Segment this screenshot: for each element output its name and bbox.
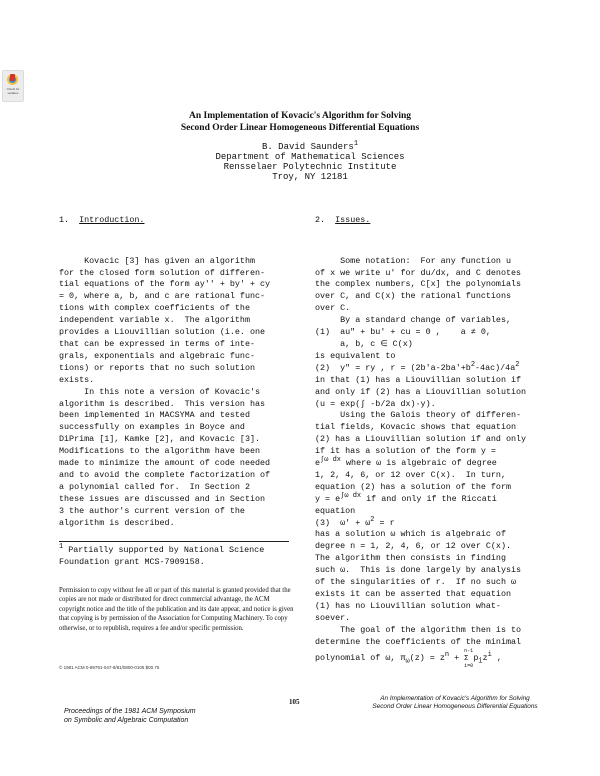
text-line: of x we write u' for du/dx, and C denote…: [315, 268, 526, 280]
equation-2: (2) y" = ry , r = (2b'a-2ba'+b2-4ac)/4a2: [315, 363, 526, 375]
section-title: Introduction.: [79, 215, 144, 225]
affiliation-line-3: Troy, NY 12181: [0, 172, 600, 182]
text-line: tial fields, Kovacic shows that equation: [315, 422, 526, 434]
affiliation-line-1: Department of Mathematical Sciences: [0, 152, 600, 162]
footnote: 1 Partially supported by National Scienc…: [59, 545, 264, 568]
left-column: 1. Introduction. Kovacic [3] has given a…: [59, 203, 270, 541]
eq-sup: ∫ω dx: [320, 456, 341, 464]
text-line: grals, exponentials and algebraic func-: [59, 351, 270, 363]
text-line: over C.: [315, 303, 526, 315]
proceedings-line-2: on Symbolic and Algebraic Computation: [64, 717, 196, 726]
text-line: The algorithm then consists in finding: [315, 553, 526, 565]
text-line: been implemented in MACSYMA and tested: [59, 410, 270, 422]
text-line: and only if (2) has a Liouvillian soluti…: [315, 387, 526, 399]
text-line: exists it can be asserted that equation: [315, 589, 526, 601]
title-line-2: Second Order Linear Homogeneous Differen…: [0, 122, 600, 134]
footnote-divider: [59, 541, 289, 542]
text-line: successfully on examples in Boyce and: [59, 422, 270, 434]
affiliation-line-2: Rensselaer Polytechnic Institute: [0, 162, 600, 172]
minimal-polynomial-line: polynomial of ω, πω(z) = zn + Σn-1i=0 pi…: [315, 653, 526, 666]
text-line: of the singularities of r. If no such ω: [315, 577, 526, 589]
text-line: these issues are discussed and in Sectio…: [59, 494, 270, 506]
section-1-heading: 1. Introduction.: [59, 215, 270, 227]
section-number: 2.: [315, 215, 325, 225]
check-for-updates-badge[interactable]: Check for updates: [2, 70, 24, 102]
text-line: degree n = 1, 2, 4, 6, or 12 over C(x).: [315, 541, 526, 553]
eq-part: (3) ω' + ω: [315, 518, 370, 528]
text-line: the complex numbers, C[x] the polynomial…: [315, 279, 526, 291]
text-line: exists.: [59, 375, 270, 387]
eq-part: +: [449, 653, 464, 663]
badge-label: Check for updates: [3, 87, 23, 95]
text-line: soever.: [315, 613, 526, 625]
title-line-1: An Implementation of Kovacic's Algorithm…: [0, 110, 600, 122]
text-line: and to avoid the complete factorization …: [59, 470, 270, 482]
text-line: Modifications to the algorithm have been: [59, 446, 270, 458]
permission-notice: Permission to copy without fee all or pa…: [59, 586, 294, 633]
author-block: B. David Saunders1 Department of Mathema…: [0, 142, 600, 182]
author-name: B. David Saunders1: [0, 142, 600, 152]
text-line: tions) or reports that no such solution: [59, 363, 270, 375]
eq-part: y = e: [315, 494, 340, 504]
text-line: tial equations of the form ay'' + by' + …: [59, 279, 270, 291]
footnote-line-2: Foundation grant MCS-7909158.: [59, 557, 264, 569]
text-line: Kovacic [3] has given an algorithm: [59, 256, 270, 268]
text-line: over C, and C(x) the rational functions: [315, 291, 526, 303]
eq-sup: 2: [515, 361, 519, 369]
eq-part: (z) = z: [410, 653, 445, 663]
footnote-line-1: Partially supported by National Science: [63, 545, 264, 555]
text-line: determine the coefficients of the minima…: [315, 637, 526, 649]
running-head: An Implementation of Kovacic's Algorithm…: [340, 695, 570, 712]
text-line: that can be expressed in terms of inte-: [59, 339, 270, 351]
sum-upper-limit: n-1: [464, 646, 473, 658]
right-column: 2. Issues. Some notation: For any functi…: [315, 203, 526, 677]
running-head-line-1: An Implementation of Kovacic's Algorithm…: [340, 695, 570, 703]
eq-part: polynomial of ω, π: [315, 653, 405, 663]
running-head-line-2: Second Order Linear Homogeneous Differen…: [340, 703, 570, 711]
text-line: algorithm is described. This version has: [59, 399, 270, 411]
text-line: in that (1) has a Liouvillian solution i…: [315, 375, 526, 387]
text-line: if it has a solution of the form y =: [315, 446, 526, 458]
text-line: (2) has a Liouvillian solution if and on…: [315, 434, 526, 446]
text-line: = 0, where a, b, and c are rational func…: [59, 291, 270, 303]
section-1-body: Kovacic [3] has given an algorithmfor th…: [59, 256, 270, 530]
eq-part: -4ac)/4a: [475, 363, 515, 373]
eq-sup: ∫ω dx: [340, 492, 361, 500]
section-title: Issues.: [335, 215, 370, 225]
text-line: 1, 2, 4, 6, or 12 over C(x). In turn,: [315, 470, 526, 482]
exponential-line: e∫ω dx where ω is algebraic of degree: [315, 458, 526, 470]
sum-lower-limit: i=0: [464, 661, 473, 673]
author-footnote-mark: 1: [354, 140, 358, 148]
text-line: In this note a version of Kovacic's: [59, 387, 270, 399]
text-line: tions with complex coefficients of the: [59, 303, 270, 315]
text-line: has a solution ω which is algebraic of: [315, 529, 526, 541]
text-line: (1) has no Liouvillian solution what-: [315, 601, 526, 613]
text-line: The goal of the algorithm then is to: [315, 625, 526, 637]
eq-part: (2) y" = ry , r = (2b'a-2ba'+b: [315, 363, 471, 373]
text-line: such ω. This is done largely by analysis: [315, 565, 526, 577]
text-line: Some notation: For any function u: [315, 256, 526, 268]
section-number: 1.: [59, 215, 69, 225]
text-line: DiPrima [1], Kamke [2], and Kovacic [3].: [59, 434, 270, 446]
text-line: made to minimize the amount of code need…: [59, 458, 270, 470]
text-line: 3 the author's current version of the: [59, 506, 270, 518]
eq-part: ,: [492, 653, 502, 663]
proceedings-footer: Proceedings of the 1981 ACM Symposium on…: [64, 708, 196, 725]
text-line: By a standard change of variables,: [315, 315, 526, 327]
section-2-body: Some notation: For any function uof x we…: [315, 256, 526, 666]
paper-title: An Implementation of Kovacic's Algorithm…: [0, 110, 600, 134]
eq-part: if and only if the Riccati: [361, 494, 497, 504]
check-for-updates-icon: [7, 74, 18, 85]
page-number: 105: [289, 698, 300, 706]
text-line: (u = exp(∫ -b/2a dx)·y).: [315, 399, 526, 411]
exponential-line: y = e∫ω dx if and only if the Riccati: [315, 494, 526, 506]
text-line: equation: [315, 506, 526, 518]
text-line: algorithm is described.: [59, 518, 270, 530]
text-line: a, b, c ∈ C(x): [315, 339, 526, 351]
proceedings-line-1: Proceedings of the 1981 ACM Symposium: [64, 708, 196, 717]
equation-3: (3) ω' + ω2 = r: [315, 518, 526, 530]
text-line: for the closed form solution of differen…: [59, 268, 270, 280]
text-line: independent variable x. The algorithm: [59, 315, 270, 327]
section-2-heading: 2. Issues.: [315, 215, 526, 227]
eq-part: = r: [375, 518, 395, 528]
text-line: provides a Liouvillian solution (i.e. on…: [59, 327, 270, 339]
text-line: Using the Galois theory of differen-: [315, 410, 526, 422]
author-name-text: B. David Saunders: [262, 142, 354, 152]
eq-part: where ω is algebraic of degree: [341, 458, 497, 468]
equation-1: (1) au" + bu' + cu = 0 , a ≠ 0,: [315, 327, 526, 339]
copyright-line: © 1981 ACM 0-89791-047-8/81/0800-0105 $0…: [59, 665, 159, 670]
text-line: a polynomial called for. In Section 2: [59, 482, 270, 494]
text-line: is equivalent to: [315, 351, 526, 363]
